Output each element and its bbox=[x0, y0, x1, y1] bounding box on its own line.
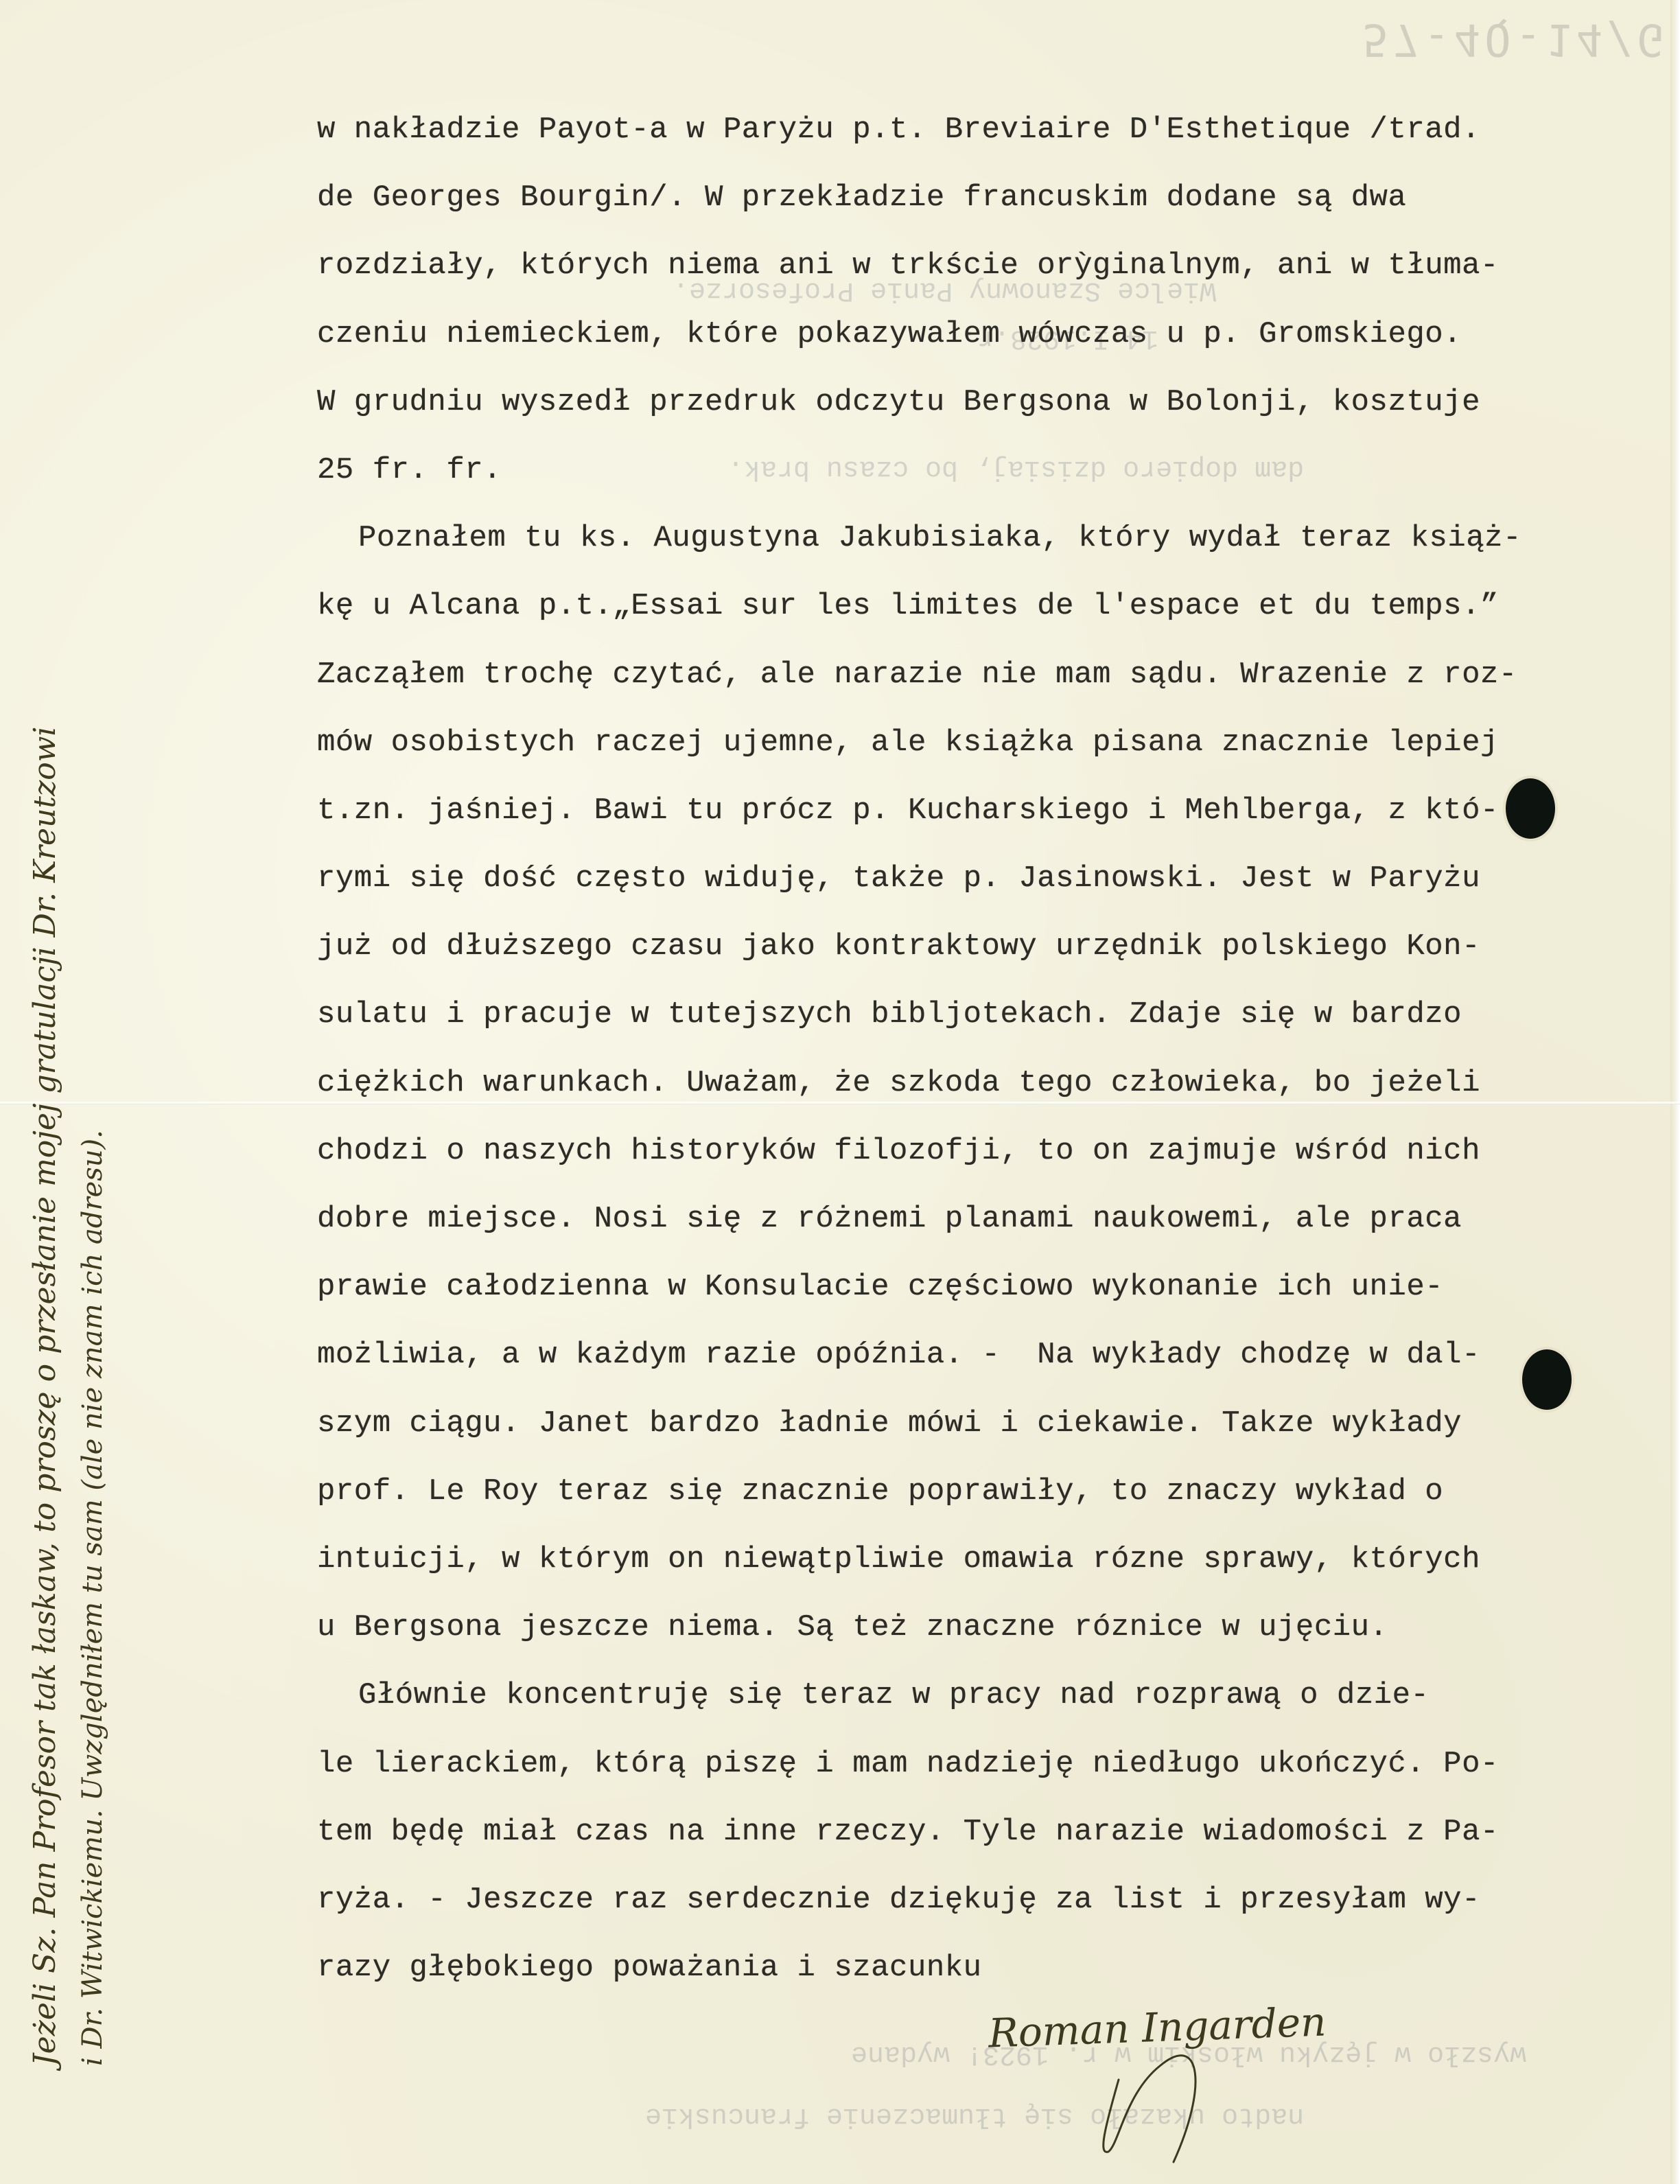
margin-note: i Dr. Witwickiemu. Uwzględniłem tu sam (… bbox=[77, 1130, 108, 2066]
text-line: szym ciągu. Janet bardzo ładnie mówi i c… bbox=[317, 1390, 1662, 1458]
text-line: ciężkich warunkach. Uważam, że szkoda te… bbox=[317, 1049, 1662, 1117]
text-line: prawie całodzienna w Konsulacie częściow… bbox=[317, 1253, 1662, 1321]
paragraph-start-line: Głównie koncentruję się teraz w pracy na… bbox=[317, 1662, 1662, 1730]
text-line: mów osobistych raczej ujemne, ale książk… bbox=[317, 709, 1662, 777]
margin-note: Jeżeli Sz. Pan Profesor tak łaskaw, to p… bbox=[27, 727, 62, 2067]
text-line: u Bergsona jeszcze niema. Są też znaczne… bbox=[317, 1594, 1662, 1662]
text-line: intuicji, w którym on niewątpliwie omawi… bbox=[317, 1526, 1662, 1594]
text-line: czeniu niemieckiem, które pokazywałem wó… bbox=[317, 301, 1662, 369]
text-line: sulatu i pracuje w tutejszych bibljoteka… bbox=[317, 981, 1662, 1049]
archival-stamp: 57-4Q-14/G bbox=[1362, 14, 1668, 65]
text-line: rozdziały, których niema ani w trkście o… bbox=[317, 232, 1662, 300]
paragraph-start-line: Poznałem tu ks. Augustyna Jakubisiaka, k… bbox=[317, 504, 1662, 572]
text-line: już od dłuższego czasu jako kontraktowy … bbox=[317, 913, 1662, 981]
punch-hole bbox=[1506, 778, 1555, 839]
signature-flourish bbox=[981, 1990, 1366, 2169]
text-line: w nakładzie Payot-a w Paryżu p.t. Brevia… bbox=[317, 96, 1662, 164]
text-line: prof. Le Roy teraz się znacznie poprawił… bbox=[317, 1458, 1662, 1526]
text-line: W grudniu wyszedł przedruk odczytu Bergs… bbox=[317, 369, 1662, 437]
text-line: ryża. - Jeszcze raz serdecznie dziękuję … bbox=[317, 1866, 1662, 1934]
text-line: tem będę miał czas na inne rzeczy. Tyle … bbox=[317, 1798, 1662, 1866]
text-line: 25 fr. fr. bbox=[317, 437, 1662, 504]
text-line: kę u Alcana p.t.„Essai sur les limites d… bbox=[317, 572, 1662, 640]
text-line: możliwia, a w każdym razie opóźnia. - Na… bbox=[317, 1321, 1662, 1389]
page-edge bbox=[1670, 0, 1680, 2184]
text-line: t.zn. jaśniej. Bawi tu prócz p. Kucharsk… bbox=[317, 777, 1662, 845]
punch-hole bbox=[1522, 1349, 1572, 1410]
text-line: le lierackiem, którą piszę i mam nadziej… bbox=[317, 1730, 1662, 1798]
text-line: Zacząłem trochę czytać, ale narazie nie … bbox=[317, 641, 1662, 709]
letter-body: w nakładzie Payot-a w Paryżu p.t. Brevia… bbox=[317, 96, 1662, 2002]
text-line: de Georges Bourgin/. W przekładzie franc… bbox=[317, 164, 1662, 232]
text-line: chodzi o naszych historyków filozofji, t… bbox=[317, 1117, 1662, 1185]
letter-page: 57-4Q-14/G 14.I.1928.r. Wielce Szanowny … bbox=[0, 0, 1680, 2184]
text-line: dobre miejsce. Nosi się z różnemi planam… bbox=[317, 1185, 1662, 1253]
text-line: rymi się dość często widuję, także p. Ja… bbox=[317, 845, 1662, 913]
